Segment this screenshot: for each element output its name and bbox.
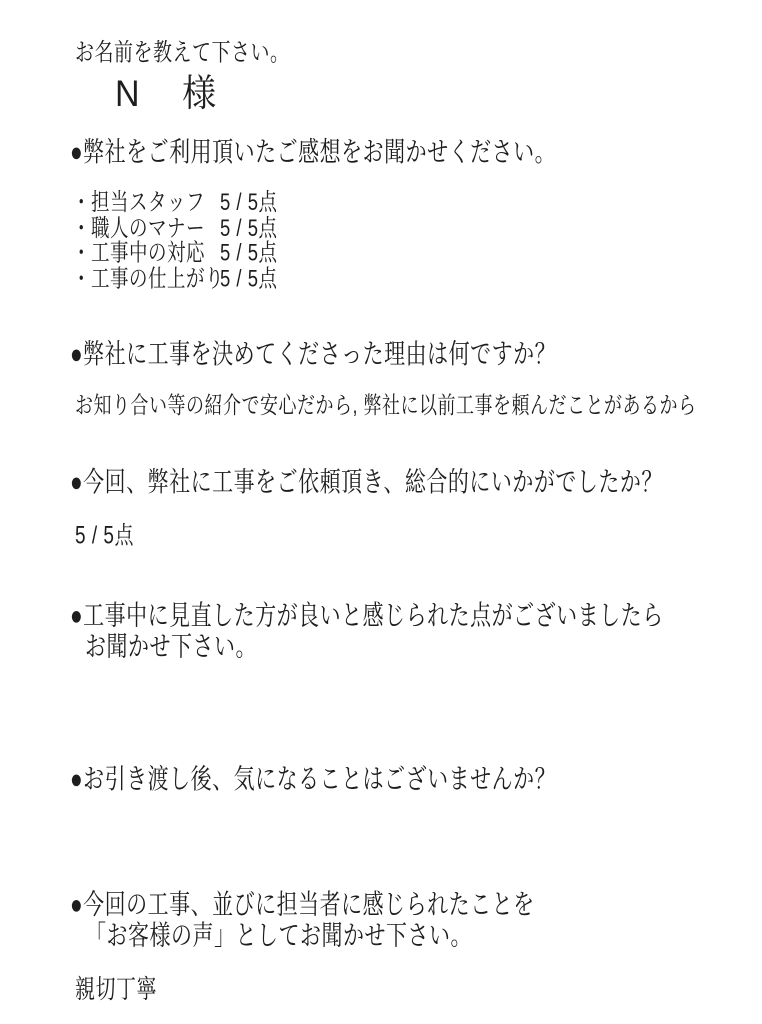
question-reason-for-choosing: ●弊社に工事を決めてくださった理由は何ですか？: [70, 333, 556, 372]
rating-row-finish: ・工事の仕上がり 5 / 5点: [72, 265, 278, 290]
question-overall-satisfaction: ●今回、弊社に工事をご依頼頂き、総合的にいかがでしたか？: [70, 461, 663, 500]
question-impressions: ●弊社をご利用頂いたご感想をお聞かせください。: [70, 131, 556, 170]
rating-score: 5 / 5点: [220, 214, 278, 239]
answer-reason-for-choosing: お知り合い等の紹介で安心だから, 弊社に以前工事を頼んだことがあるから: [75, 387, 697, 421]
question-customer-voice-line1: ●今回の工事、並びに担当者に感じられたことを: [70, 890, 535, 921]
rating-score: 5 / 5点: [220, 265, 278, 290]
rating-label: ・工事中の対応: [72, 240, 220, 265]
rating-label: ・職人のマナー: [72, 214, 220, 239]
rating-score: 5 / 5点: [220, 240, 278, 265]
customer-name-honorific: 様: [182, 73, 217, 115]
answer-overall-score: 5 / 5点: [75, 516, 134, 551]
customer-name: N様: [115, 63, 217, 117]
rating-row-during-construction: ・工事中の対応 5 / 5点: [72, 240, 278, 265]
question-review-points-line1: ●工事中に見直した方が良いと感じられた点がございましたら: [70, 601, 664, 632]
question-customer-voice-line2: 「お客様の声」としてお聞かせ下さい。: [70, 921, 535, 952]
rating-label: ・工事の仕上がり: [72, 265, 220, 290]
rating-score: 5 / 5点: [220, 189, 278, 214]
question-review-points: ●工事中に見直した方が良いと感じられた点がございましたら お聞かせ下さい。: [70, 601, 664, 663]
survey-document-page: お名前を教えて下さい。 N様 ●弊社をご利用頂いたご感想をお聞かせください。 ・…: [0, 0, 762, 1024]
answer-customer-voice: 親切丁寧: [75, 968, 157, 1006]
rating-row-craftsman-manner: ・職人のマナー 5 / 5点: [72, 214, 278, 239]
question-review-points-line2: お聞かせ下さい。: [70, 632, 664, 663]
rating-row-staff: ・担当スタッフ 5 / 5点: [72, 189, 278, 214]
ratings-list: ・担当スタッフ 5 / 5点 ・職人のマナー 5 / 5点 ・工事中の対応 5 …: [72, 189, 278, 290]
rating-label: ・担当スタッフ: [72, 189, 220, 214]
question-customer-voice: ●今回の工事、並びに担当者に感じられたことを 「お客様の声」としてお聞かせ下さい…: [70, 890, 535, 952]
question-after-handover: ●お引き渡し後、気になることはございませんか？: [70, 758, 556, 797]
customer-name-initial: N: [115, 73, 140, 115]
